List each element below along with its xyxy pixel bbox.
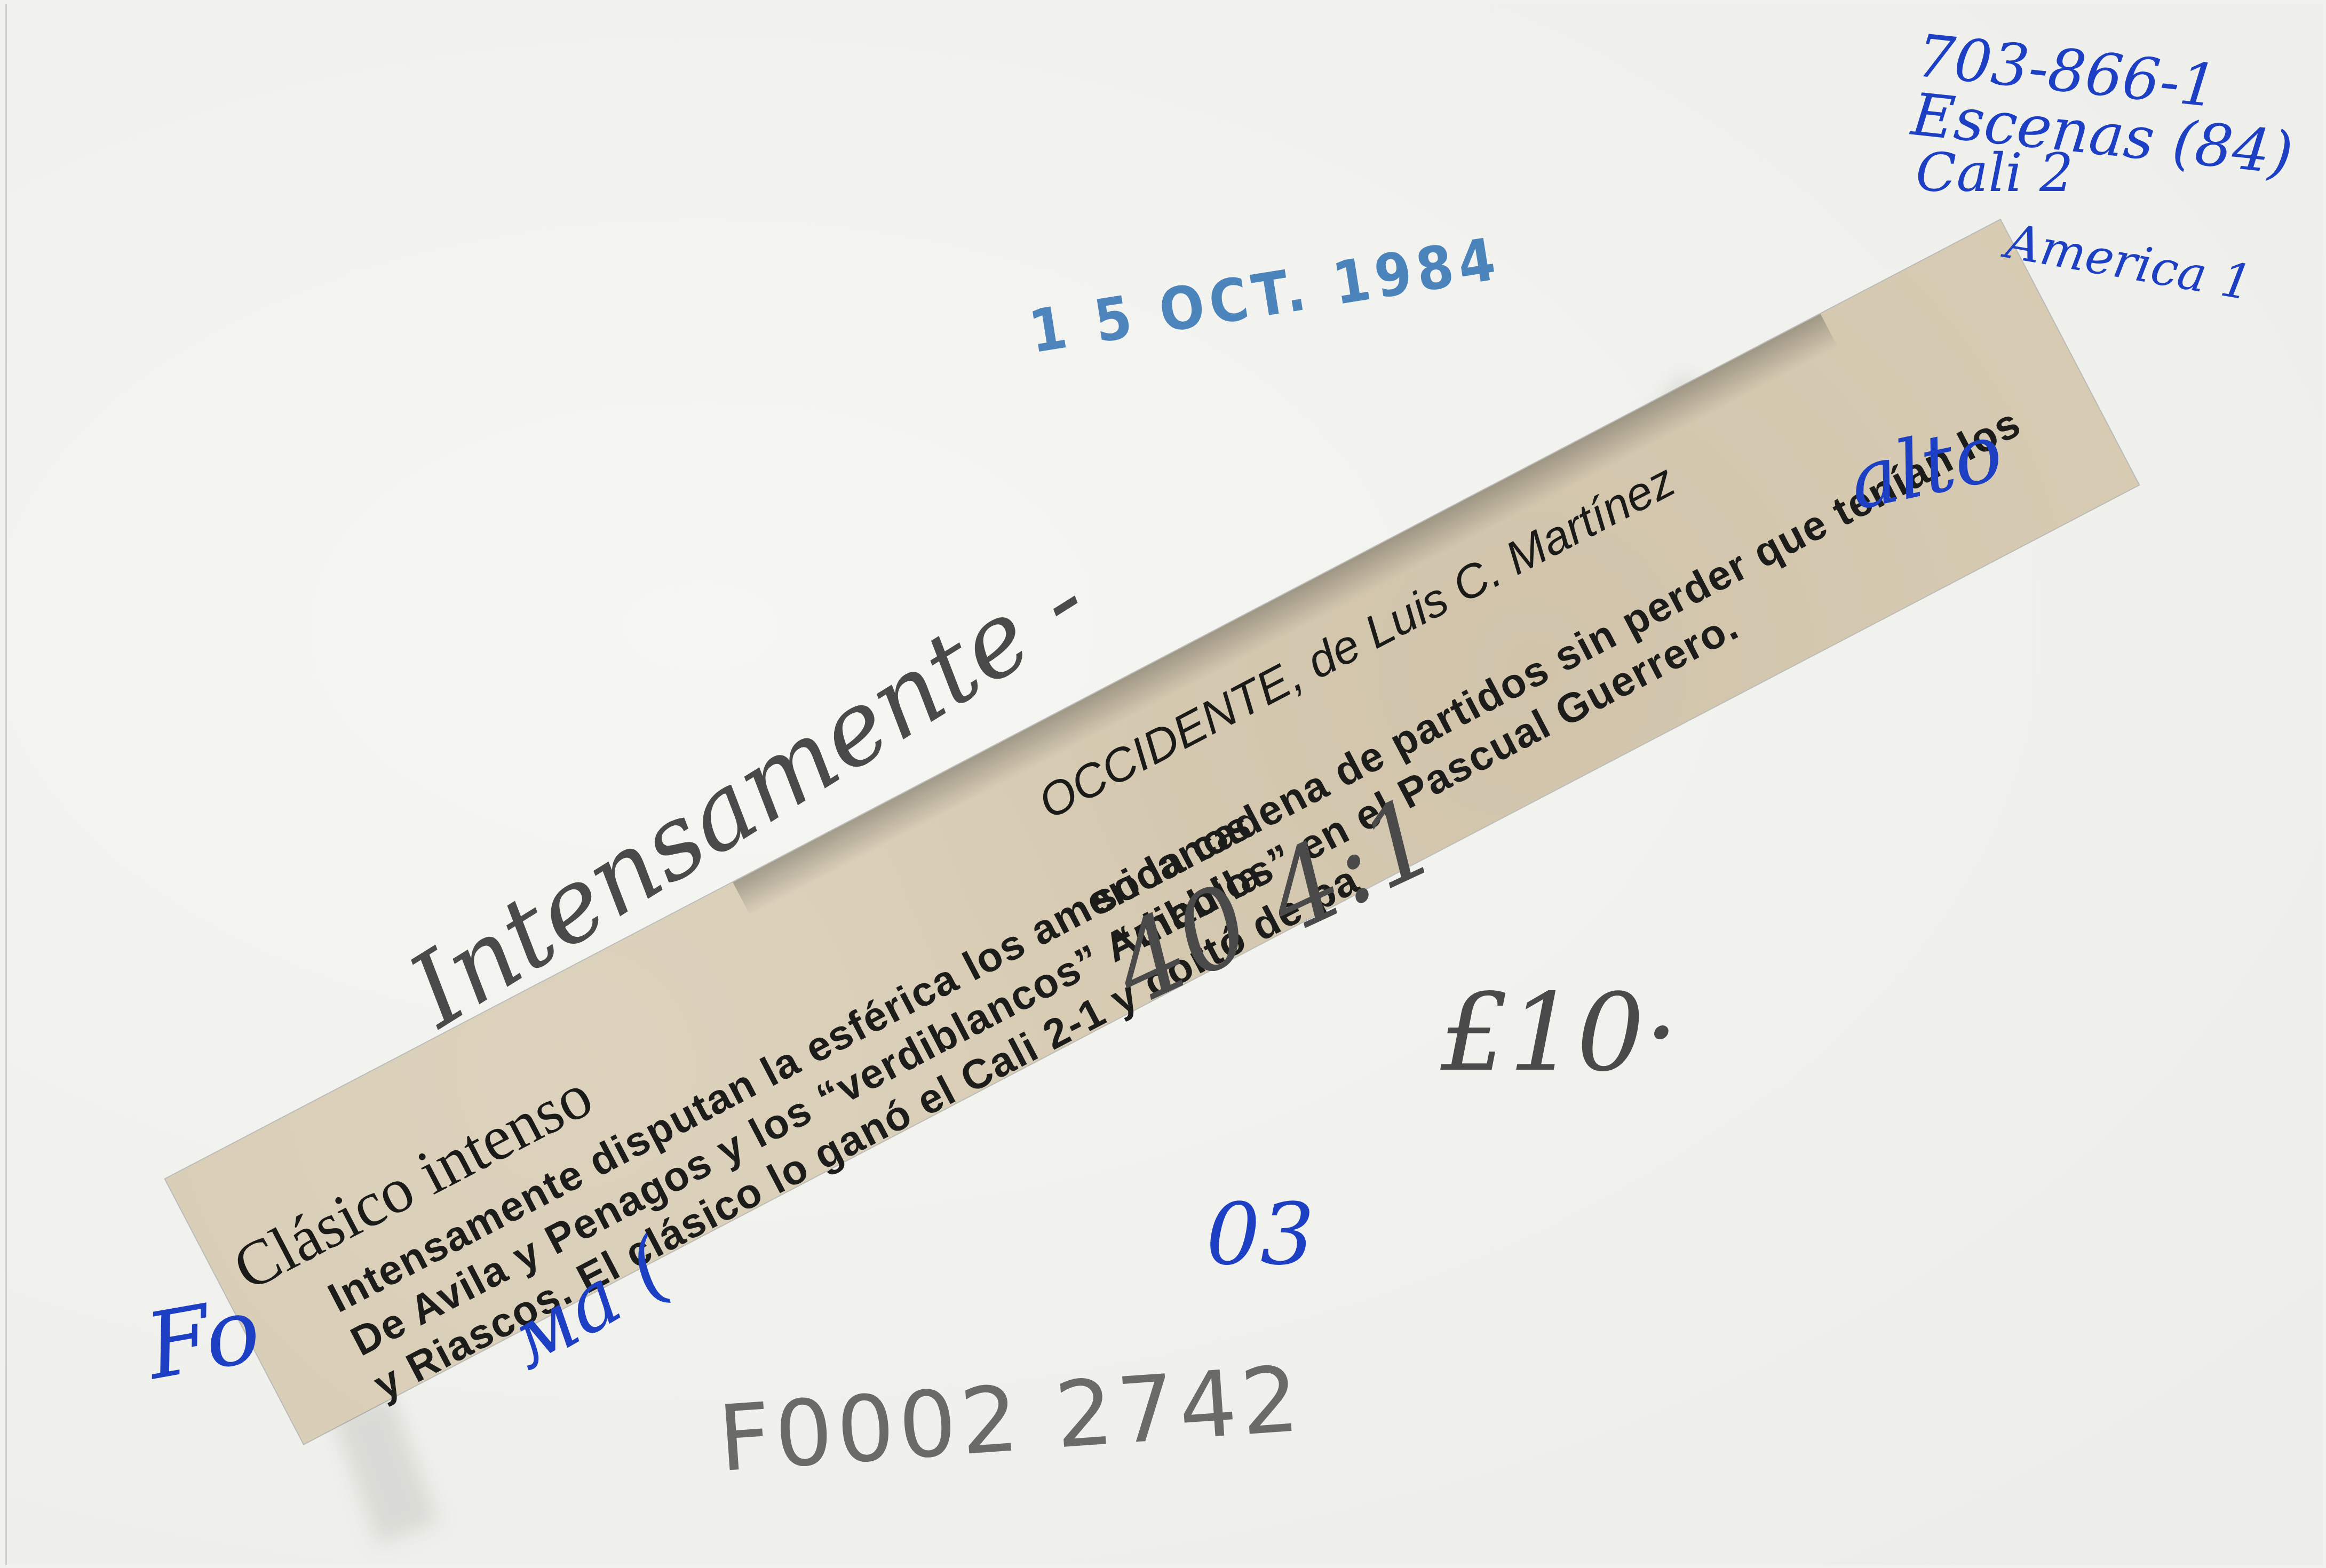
pencil-marks-low: £10· [1441, 971, 1678, 1095]
catalog-note-3: Cali 2 [1916, 141, 2074, 204]
handwritten-fo: Fo [139, 1277, 268, 1400]
handwritten-03: 03 [1206, 1184, 1315, 1284]
